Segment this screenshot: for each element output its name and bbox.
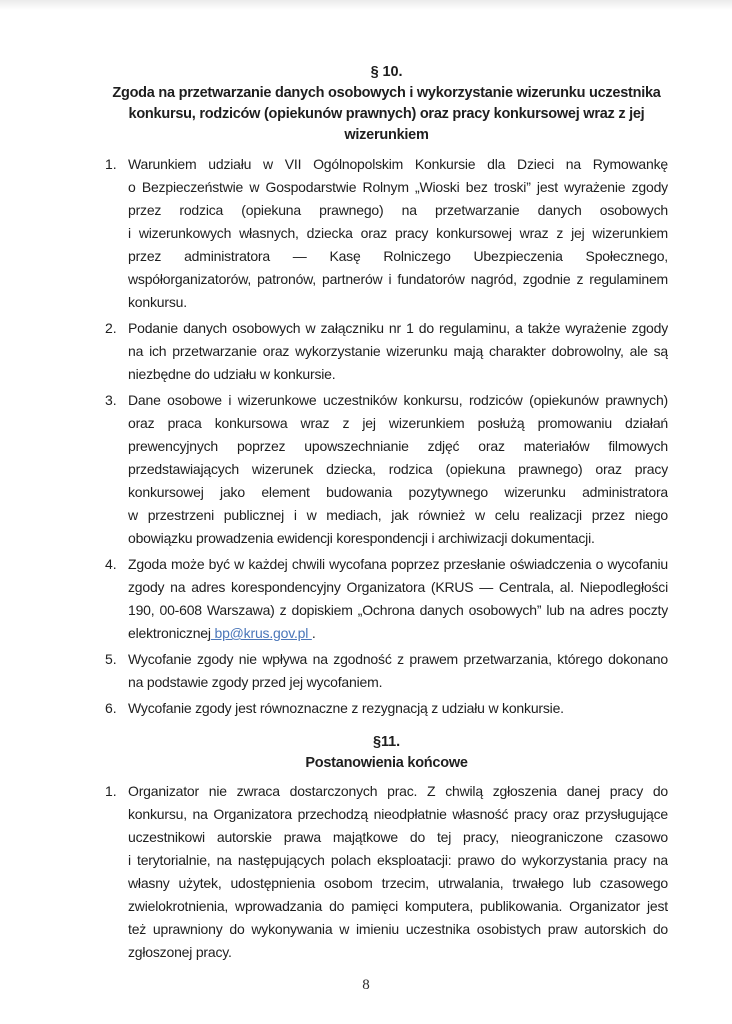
- text-line: konkursu.: [128, 291, 668, 314]
- section: §11.Postanowienia końcowe1.Organizator n…: [105, 732, 668, 964]
- section-title-line: Postanowienia końcowe: [105, 753, 668, 774]
- text-line: współorganizatorów, patronów, partnerów …: [128, 268, 668, 291]
- list-item: 4.Zgoda może być w każdej chwili wycofan…: [105, 553, 668, 645]
- list-item-number: 1.: [105, 153, 117, 176]
- text-line: przez rodzica (opiekuna prawnego) na prz…: [128, 199, 668, 222]
- text-after-link: .: [312, 625, 316, 641]
- numbered-list: 1.Organizator nie zwraca dostarczonych p…: [105, 780, 668, 964]
- text-line: przedstawiających wizerunek dziecka, rod…: [128, 458, 668, 481]
- section-label: § 10.: [105, 62, 668, 83]
- list-item: 5.Wycofanie zgody nie wpływa na zgodność…: [105, 648, 668, 694]
- text-before-link: elektronicznej: [128, 625, 211, 641]
- list-item-number: 2.: [105, 317, 117, 340]
- section-label: §11.: [105, 732, 668, 753]
- text-line: i terytorialnie, na następujących polach…: [128, 849, 668, 872]
- text-line: Organizator nie zwraca dostarczonych pra…: [128, 780, 668, 803]
- text-line: Wycofanie zgody nie wpływa na zgodność z…: [128, 648, 668, 671]
- text-line: też uprawniony do wykonywania w imieniu …: [128, 918, 668, 941]
- text-line: Wycofanie zgody jest równoznaczne z rezy…: [128, 697, 668, 720]
- text-line: zgody na adres korespondencyjny Organiza…: [128, 576, 668, 599]
- text-line: oraz praca konkursowa wraz z jej wizerun…: [128, 412, 668, 435]
- text-line: w przestrzeni publicznej i w mediach, ja…: [128, 504, 668, 527]
- text-line: konkursu, na Organizatora przechodzą nie…: [128, 803, 668, 826]
- text-line: o Bezpieczeństwie w Gospodarstwie Rolnym…: [128, 176, 668, 199]
- text-line: obowiązku prowadzenia ewidencji korespon…: [128, 527, 668, 550]
- text-line: i wizerunkowych własnych, dziecka oraz p…: [128, 222, 668, 245]
- text-line: uczestnikowi autorskie prawa majątkowe d…: [128, 826, 668, 849]
- text-line: Zgoda może być w każdej chwili wycofana …: [128, 553, 668, 576]
- list-item: 1.Warunkiem udziału w VII Ogólnopolskim …: [105, 153, 668, 314]
- text-line: własny użytek, udostępnienia osobom trze…: [128, 872, 668, 895]
- numbered-list: 1.Warunkiem udziału w VII Ogólnopolskim …: [105, 153, 668, 720]
- text-line: Podanie danych osobowych w załączniku nr…: [128, 317, 668, 340]
- text-line: Dane osobowe i wizerunkowe uczestników k…: [128, 389, 668, 412]
- section-title-line: konkursu, rodziców (opiekunów prawnych) …: [105, 104, 668, 125]
- list-item: 2.Podanie danych osobowych w załączniku …: [105, 317, 668, 386]
- text-line: elektronicznej bp@krus.gov.pl .: [128, 622, 668, 645]
- list-item-number: 6.: [105, 697, 117, 720]
- section-title-line: Zgoda na przetwarzanie danych osobowych …: [105, 83, 668, 104]
- list-item: 6.Wycofanie zgody jest równoznaczne z re…: [105, 697, 668, 720]
- text-line: przez administratora — Kasę Rolniczego U…: [128, 245, 668, 268]
- text-line: na ich przetwarzanie oraz wykorzystanie …: [128, 340, 668, 363]
- list-item-number: 4.: [105, 553, 117, 576]
- list-item: 3.Dane osobowe i wizerunkowe uczestników…: [105, 389, 668, 550]
- page-number: 8: [0, 977, 732, 994]
- section: § 10.Zgoda na przetwarzanie danych osobo…: [105, 62, 668, 720]
- text-line: zwielokrotnienia, wprowadzania do pamięc…: [128, 895, 668, 918]
- document-page: § 10.Zgoda na przetwarzanie danych osobo…: [0, 0, 732, 1024]
- document-content: § 10.Zgoda na przetwarzanie danych osobo…: [105, 62, 668, 964]
- list-item-number: 5.: [105, 648, 117, 671]
- email-link[interactable]: bp@krus.gov.pl: [211, 625, 312, 641]
- text-line: niezbędne do udziału w konkursie.: [128, 363, 668, 386]
- list-item-number: 3.: [105, 389, 117, 412]
- text-line: prewencyjnych poprzez upowszechnianie zd…: [128, 435, 668, 458]
- text-line: konkursowej jako element budowania pozyt…: [128, 481, 668, 504]
- text-line: zgłoszonej pracy.: [128, 941, 668, 964]
- text-line: Warunkiem udziału w VII Ogólnopolskim Ko…: [128, 153, 668, 176]
- section-title-line: wizerunkiem: [105, 125, 668, 146]
- text-line: 190, 00-608 Warszawa) z dopiskiem „Ochro…: [128, 599, 668, 622]
- text-line: na podstawie zgody przed jej wycofaniem.: [128, 671, 668, 694]
- list-item-number: 1.: [105, 780, 117, 803]
- list-item: 1.Organizator nie zwraca dostarczonych p…: [105, 780, 668, 964]
